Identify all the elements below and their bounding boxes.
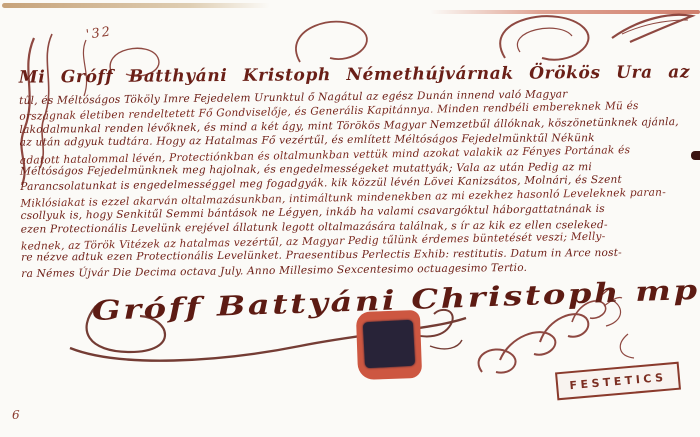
manuscript-line: Mi Gróff Batthyáni Kristoph Némethújvárn… (19, 57, 681, 92)
festetics-stamp: FESTETICS (555, 362, 681, 401)
scan-streak-top-left (2, 3, 270, 8)
wax-seal (356, 310, 422, 380)
manuscript-text-block: Mi Gróff Batthyáni Kristoph Némethújvárn… (19, 56, 684, 281)
scan-streak-top-right (430, 10, 700, 14)
ink-blob-right-edge (691, 151, 700, 160)
wax-seal-core (363, 320, 415, 369)
archive-number-bottom-left: 6 (12, 408, 20, 422)
archive-number-top-left: '32 (85, 24, 113, 42)
manuscript-scan-page: '32 6 Mi Gróff Batthyáni Kristoph Németh… (0, 0, 700, 437)
festetics-stamp-text: FESTETICS (569, 370, 667, 391)
